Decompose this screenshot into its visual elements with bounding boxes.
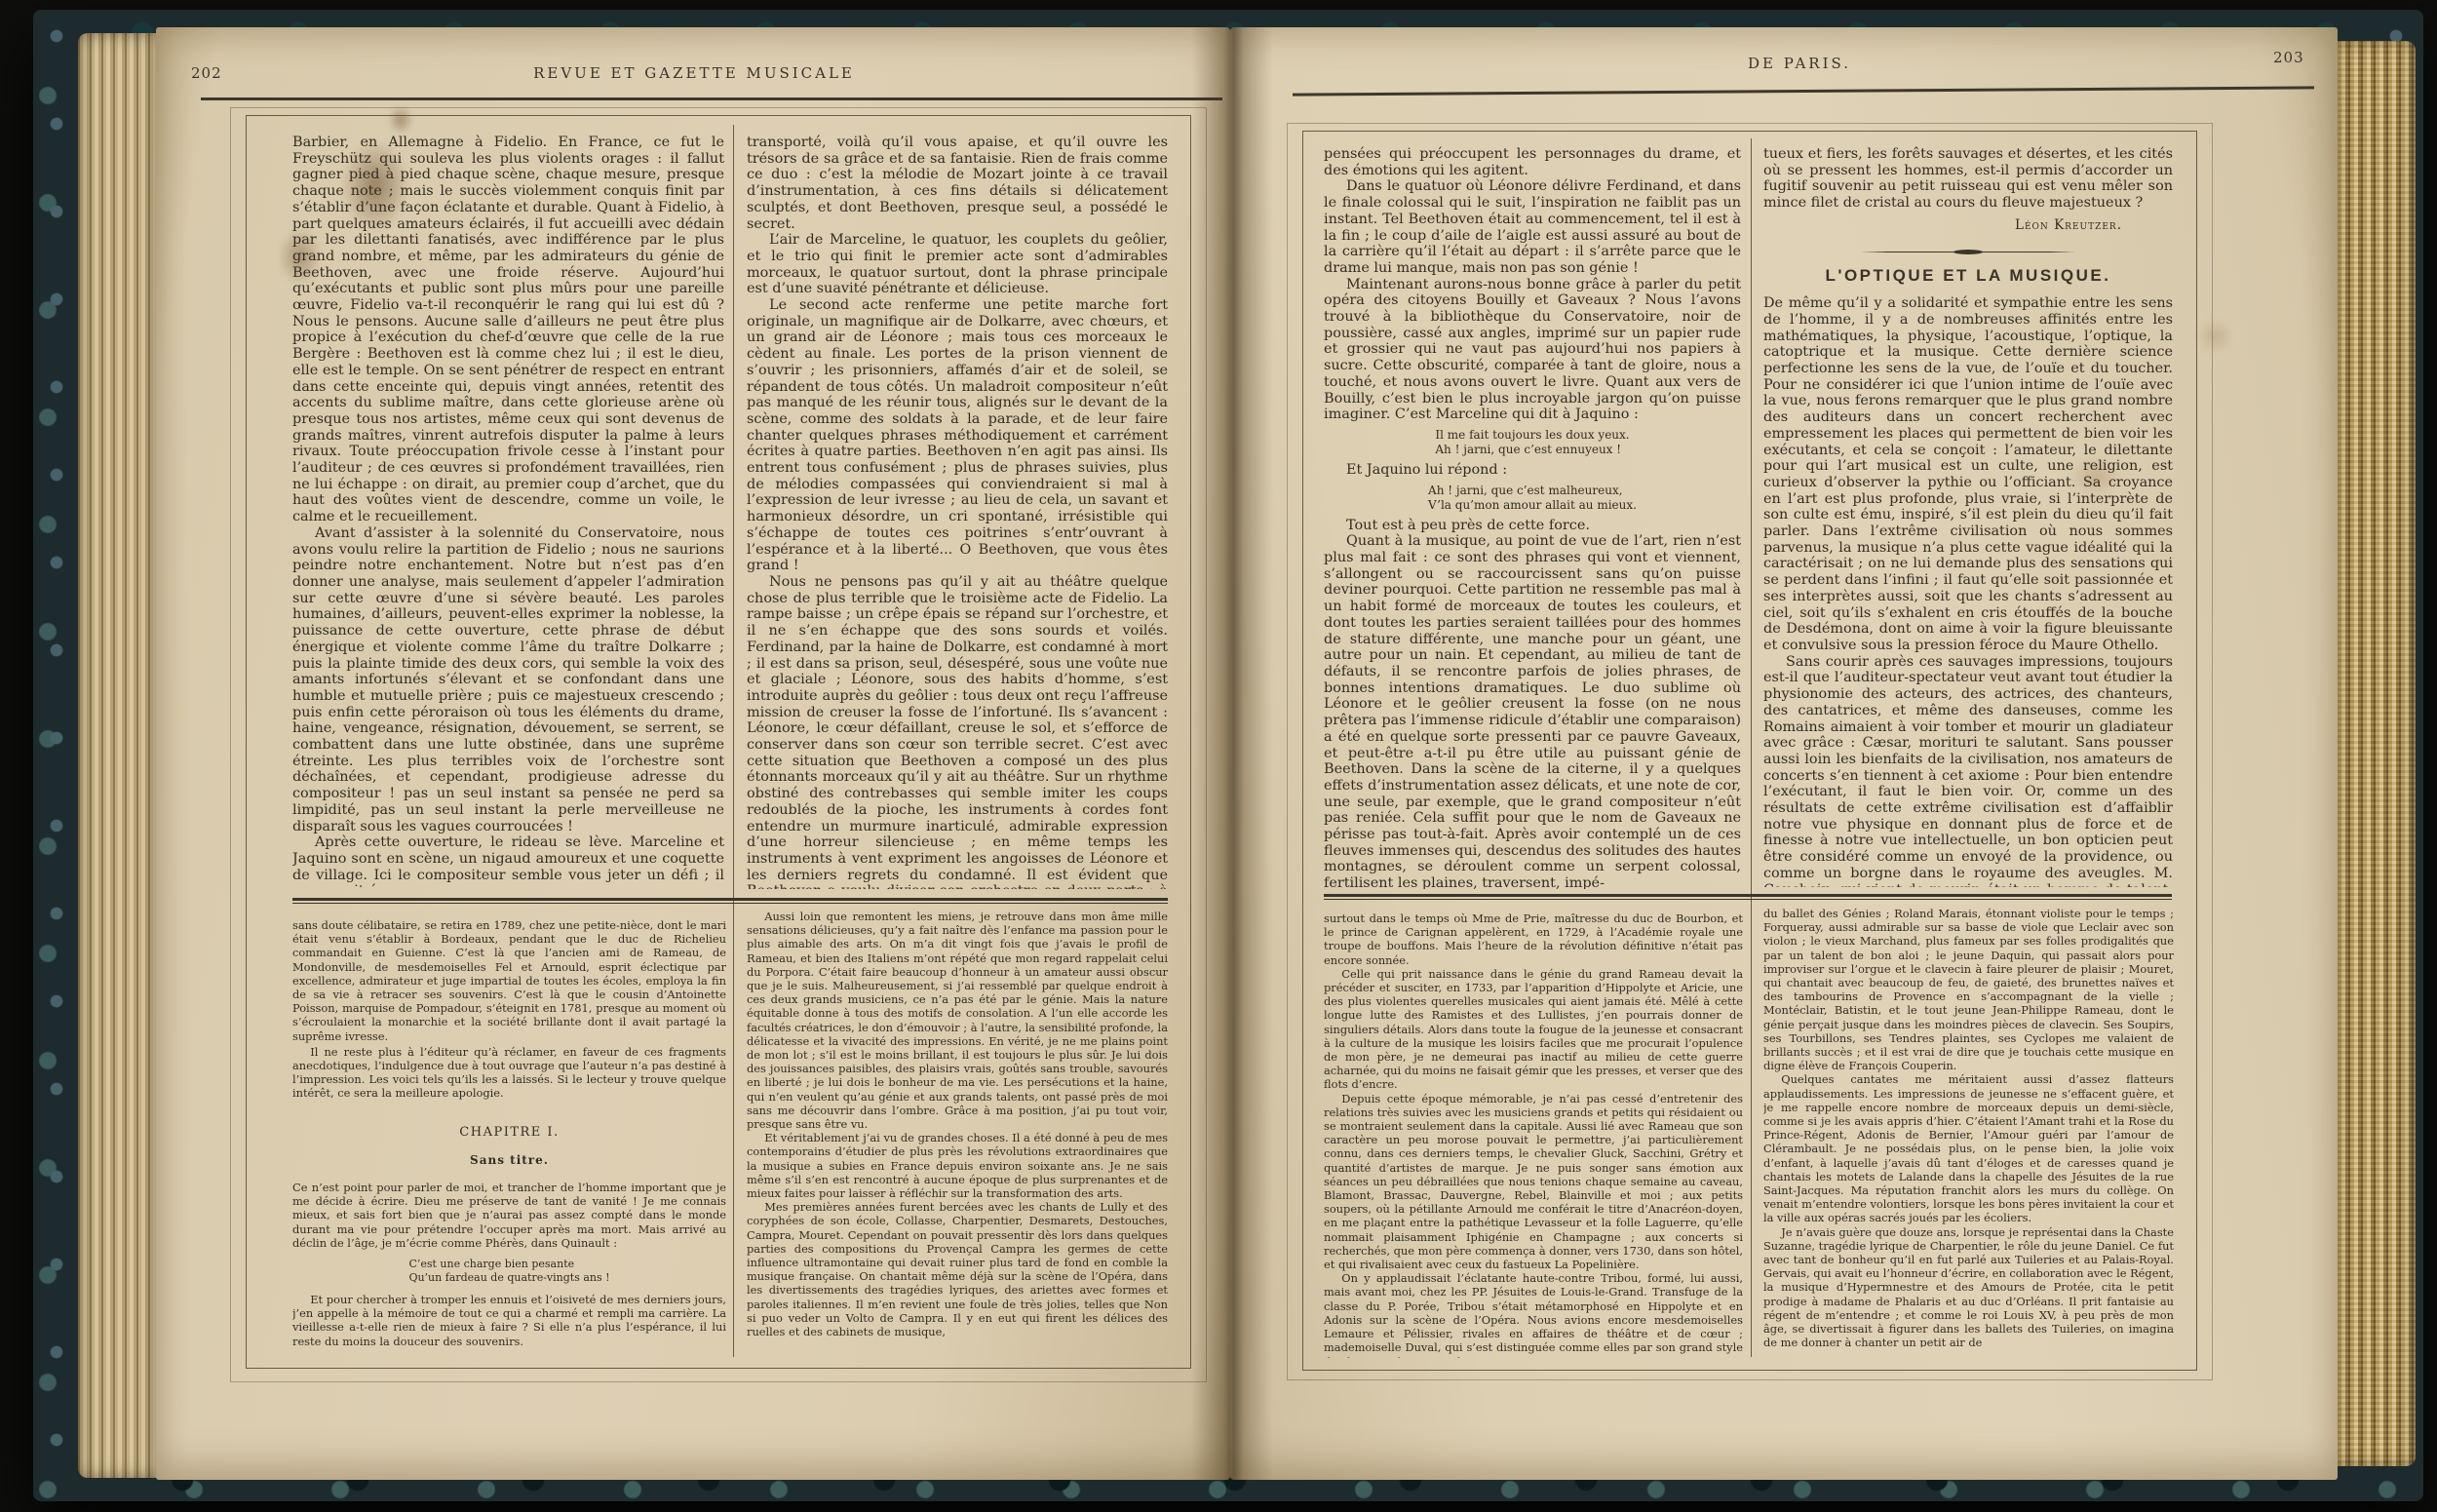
paragraph: transporté, voilà qu’il vous apaise, et …: [747, 135, 1168, 232]
chapter-subtitle: Sans titre.: [292, 1153, 726, 1167]
paragraph: Barbier, en Allemagne à Fidelio. En Fran…: [292, 135, 724, 525]
book-gutter-shadow: [1191, 27, 1273, 1480]
article-paragraphs: Tout est à peu près de cette force.Quant…: [1324, 518, 1741, 889]
article-paragraphs: pensées qui préoccupent les personnages …: [1324, 146, 1741, 423]
paragraph: Après cette ouverture, le rideau se lève…: [292, 834, 724, 887]
left-page-column1-main: Barbier, en Allemagne à Fidelio. En Fran…: [292, 135, 724, 887]
paragraph: Ah ! jarni, que c’est ennuyeux !: [1435, 443, 1629, 457]
paragraph: Mes premières années furent bercées avec…: [747, 1200, 1168, 1338]
left-page-column2-main: transporté, voilà qu’il vous apaise, et …: [747, 135, 1168, 889]
feuilleton-paragraphs: Et pour chercher à tromper les ennuis et…: [292, 1293, 726, 1348]
paragraph: Quant à la musique, au point de vue de l…: [1324, 533, 1741, 889]
paragraph: Nous ne pensons pas qu’il y ait au théât…: [747, 574, 1168, 889]
running-title-right: DE PARIS.: [1748, 55, 1851, 72]
paragraph: C’est une charge bien pesante: [408, 1258, 609, 1271]
page-edges-left: [78, 33, 158, 1478]
left-page-column1-feuilleton: sans doute célibataire, se retira en 178…: [292, 916, 726, 1363]
paragraph: Quelques cantates me méritaient aussi d’…: [1763, 1072, 2174, 1224]
page-number-left: 202: [191, 64, 222, 82]
page-number-right: 203: [2273, 49, 2304, 66]
paragraph: Il me fait toujours les doux yeux.: [1435, 428, 1629, 443]
paragraph: Je n’avais guère que douze ans, lorsque …: [1763, 1225, 2174, 1347]
scanned-journal-spread: 202 REVUE ET GAZETTE MUSICALE Barbier, e…: [0, 0, 2437, 1512]
paragraph: surtout dans le temps où Mme de Prie, ma…: [1324, 911, 1743, 967]
libretto-verse-1: Il me fait toujours les doux yeux.Ah ! j…: [1435, 428, 1629, 457]
column-divider-left: [733, 125, 734, 1357]
running-title-left: REVUE ET GAZETTE MUSICALE: [533, 64, 855, 82]
feuilleton-separator-right: [1324, 894, 2172, 900]
right-page-column1-feuilleton: surtout dans le temps où Mme de Prie, ma…: [1324, 911, 1743, 1358]
article-closing-paragraph: tueux et fiers, les forêts sauvages et d…: [1763, 146, 2173, 212]
right-page-column2-main: tueux et fiers, les forêts sauvages et d…: [1763, 146, 2173, 887]
paragraph: Dans le quatuor où Léonore délivre Ferdi…: [1324, 178, 1741, 276]
paragraph: V’la qu’mon amour allait au mieux.: [1428, 498, 1637, 513]
feuilleton-paragraphs: sans doute célibataire, se retira en 178…: [292, 918, 726, 1101]
paragraph: Et pour chercher à tromper les ennuis et…: [292, 1293, 726, 1348]
right-page-column2-feuilleton: du ballet des Génies ; Roland Marais, ét…: [1763, 907, 2174, 1347]
paragraph: Ah ! jarni, que c’est malheureux,: [1428, 484, 1637, 498]
paragraph: sans doute célibataire, se retira en 178…: [292, 918, 726, 1043]
paragraph: Avant d’assister à la solennité du Conse…: [292, 525, 724, 834]
article-title-optique-et-musique: L'OPTIQUE ET LA MUSIQUE.: [1763, 268, 2173, 285]
header-rule-left: [201, 97, 1222, 100]
paragraph: Il ne reste plus à l’éditeur qu’à réclam…: [292, 1045, 726, 1101]
paragraph: Tout est à peu près de cette force.: [1324, 518, 1741, 534]
paragraph: du ballet des Génies ; Roland Marais, ét…: [1763, 907, 2174, 1072]
reply-line: Et Jaquino lui répond :: [1324, 462, 1741, 479]
paragraph: Aussi loin que remontent les miens, je r…: [747, 910, 1168, 1131]
quinault-verse: C’est une charge bien pesanteQu’un farde…: [408, 1258, 609, 1285]
feuilleton-separator-left: [292, 898, 1168, 904]
paragraph: tueux et fiers, les forêts sauvages et d…: [1763, 146, 2173, 212]
paragraph: Celle qui prit naissance dans le génie d…: [1324, 967, 1743, 1092]
paragraph: On y applaudissait l’éclatante haute-con…: [1324, 1271, 1743, 1358]
paragraph: Depuis cette époque mémorable, je n’ai p…: [1324, 1092, 1743, 1272]
paragraph: Sans courir après ces sauvages impressio…: [1763, 654, 2173, 887]
divider-lens-icon: [1953, 250, 1983, 254]
right-page-column1-main: pensées qui préoccupent les personnages …: [1324, 146, 1741, 889]
paragraph: De même qu’il y a solidarité et sympathi…: [1763, 295, 2173, 653]
paragraph: L’air de Marceline, le quatuor, les coup…: [747, 232, 1168, 297]
libretto-verse-2: Ah ! jarni, que c’est malheureux,V’la qu…: [1428, 484, 1637, 513]
left-page-column2-feuilleton: Aussi loin que remontent les miens, je r…: [747, 910, 1168, 1353]
chapter-heading: CHAPITRE I.: [292, 1126, 726, 1140]
article-paragraphs: De même qu’il y a solidarité et sympathi…: [1763, 295, 2173, 887]
author-signature: Léon Kreutzer.: [1763, 217, 2173, 234]
feuilleton-paragraphs: Ce n’est point pour parler de moi, et tr…: [292, 1181, 726, 1250]
paragraph: Qu’un fardeau de quatre-vingts ans !: [408, 1271, 609, 1285]
paragraph: Et véritablement j’ai vu de grandes chos…: [747, 1131, 1168, 1200]
paragraph: pensées qui préoccupent les personnages …: [1324, 146, 1741, 178]
paragraph: Le second acte renferme une petite march…: [747, 297, 1168, 574]
page-edges-gilt-right: [2336, 41, 2416, 1466]
column-divider-right: [1751, 138, 1752, 1357]
section-divider-ornament: [1861, 248, 2075, 256]
paragraph: Maintenant aurons-nous bonne grâce à par…: [1324, 277, 1741, 423]
paragraph: Ce n’est point pour parler de moi, et tr…: [292, 1181, 726, 1250]
